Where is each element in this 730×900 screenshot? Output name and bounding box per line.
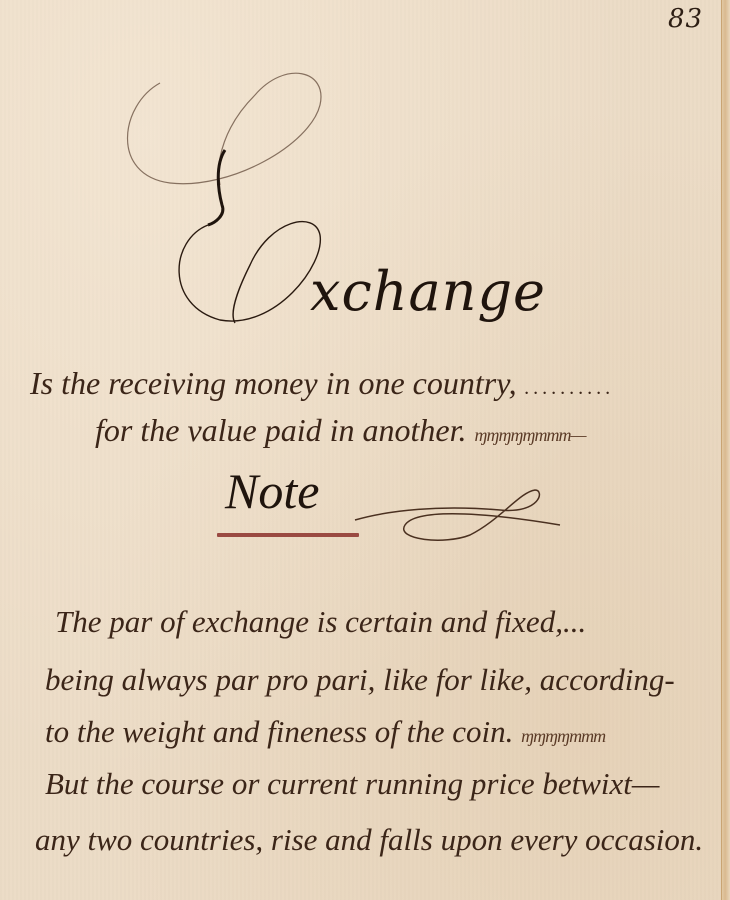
body-line-4: But the course or current running price … bbox=[45, 766, 659, 802]
line-filler-flourish: ɱɱɱɱɱmmm— bbox=[475, 425, 586, 445]
body-line-2: being always par pro pari, like for like… bbox=[45, 662, 675, 698]
title-text: xchange bbox=[310, 260, 546, 323]
body-line-3-text: to the weight and fineness of the coin. bbox=[45, 714, 513, 749]
definition-text-2: for the value paid in another. bbox=[95, 412, 467, 448]
body-line-1: The par of exchange is certain and fixed… bbox=[55, 604, 586, 640]
title-heading: xchange bbox=[110, 65, 580, 335]
definition-line-1: Is the receiving money in one country, .… bbox=[30, 365, 615, 402]
note-underline bbox=[217, 533, 359, 537]
note-heading: Note bbox=[225, 462, 319, 520]
line-filler-flourish: ɱɱɱɱmmm bbox=[521, 726, 605, 746]
page-number: 83 bbox=[668, 4, 703, 34]
page-edge bbox=[721, 0, 730, 900]
note-flourish-ornament bbox=[350, 480, 570, 550]
definition-text-1: Is the receiving money in one country, bbox=[30, 365, 517, 401]
definition-line-2: for the value paid in another. ɱɱɱɱɱmmm— bbox=[95, 412, 586, 449]
body-line-5: any two countries, rise and falls upon e… bbox=[35, 822, 703, 858]
dot-leader: .......... bbox=[525, 377, 615, 399]
body-line-3: to the weight and fineness of the coin. … bbox=[45, 714, 605, 750]
